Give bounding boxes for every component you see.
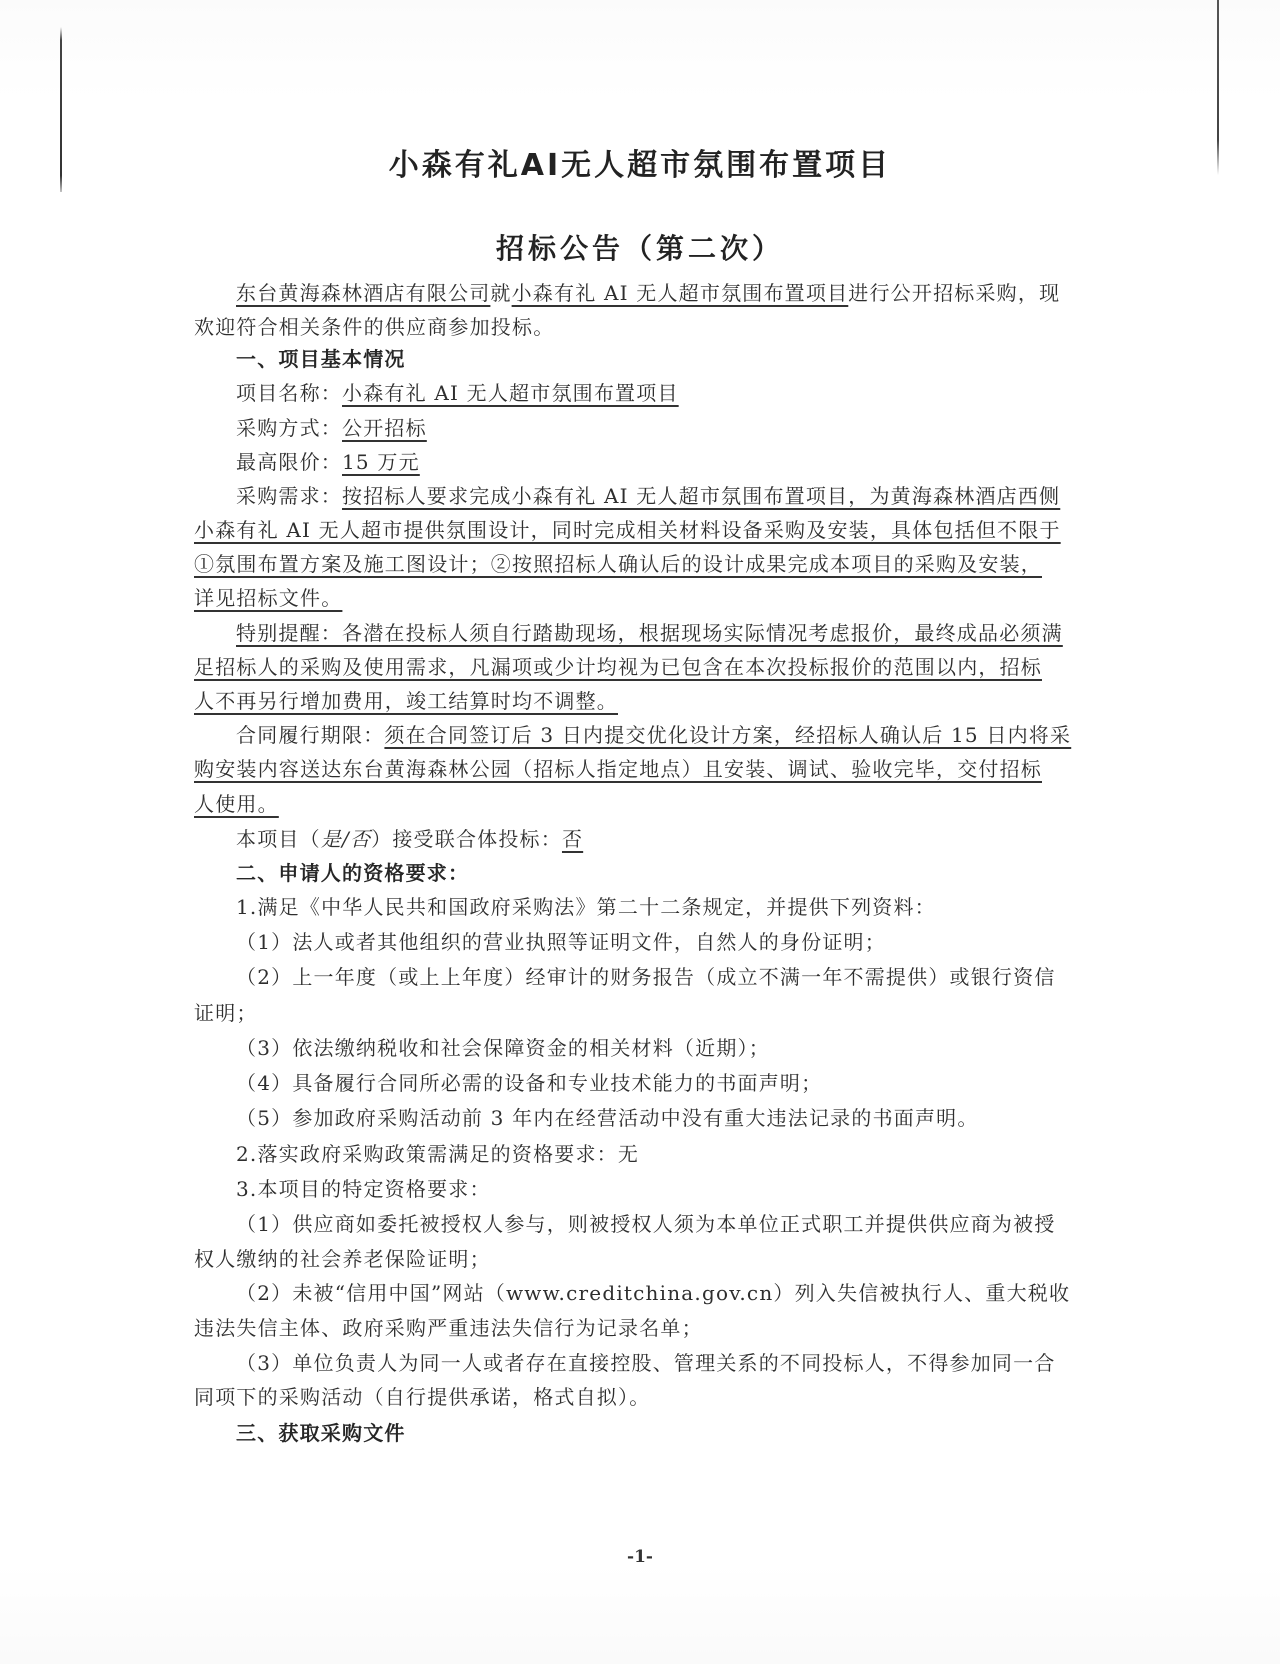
requirement-row: 采购需求：按招标人要求完成小森有礼 AI 无人超市氛围布置项目，为黄海森林酒店西… (236, 483, 1060, 509)
consortium-prefix: 本项目（ (236, 827, 321, 851)
requirement-sub-2-cont: 证明； (194, 1000, 258, 1026)
intro-rest: 进行公开招标采购，现 (848, 281, 1060, 305)
page-number: -1- (0, 1547, 1280, 1567)
document-title: 小森有礼AI无人超市氛围布置项目 (0, 140, 1280, 184)
requirement-sub-2: （2）上一年度（或上上年度）经审计的财务报告（成立不满一年不需提供）或银行资信 (236, 964, 1056, 990)
requirement-sub-3: （3）依法缴纳税收和社会保障资金的相关材料（近期）； (236, 1035, 770, 1061)
project-name-row: 项目名称：小森有礼 AI 无人超市氛围布置项目 (236, 380, 679, 406)
procurement-method-row: 采购方式：公开招标 (236, 415, 427, 441)
requirement-item-3: 3.本项目的特定资格要求： (236, 1176, 491, 1202)
specific-req-3: （3）单位负责人为同一人或者存在直接控股、管理关系的不同投标人，不得参加同一合 (236, 1350, 1056, 1376)
intro-connector: 就 (490, 281, 511, 305)
contract-period-line: 购安装内容送达东台黄海森林公园（招标人指定地点）且安装、调试、验收完毕，交付招标 (194, 756, 1042, 782)
procurement-method-value: 公开招标 (342, 416, 427, 440)
requirement-sub-4: （4）具备履行合同所必需的设备和专业技术能力的书面声明； (236, 1070, 822, 1096)
consortium-options: 是/否 (321, 827, 371, 851)
document-subtitle: 招标公告（第二次） (0, 227, 1280, 267)
specific-req-1: （1）供应商如委托被授权人参与，则被授权人须为本单位正式职工并提供供应商为被授 (236, 1211, 1056, 1237)
requirement-item-1: 1.满足《中华人民共和国政府采购法》第二十二条规定，并提供下列资料： (236, 894, 936, 920)
requirement-line: 详见招标文件。 (194, 585, 342, 611)
document-page: 小森有礼AI无人超市氛围布置项目 招标公告（第二次） 东台黄海森林酒店有限公司就… (0, 0, 1280, 1664)
contract-period-row: 合同履行期限：须在合同签订后 3 日内提交优化设计方案，经招标人确认后 15 日… (236, 722, 1071, 748)
consortium-suffix: ）接受联合体投标： (371, 827, 562, 851)
procurement-method-label: 采购方式： (236, 416, 342, 440)
project-name-label: 项目名称： (236, 381, 342, 405)
intro-line-2: 欢迎符合相关条件的供应商参加投标。 (194, 314, 554, 340)
consortium-value: 否 (562, 827, 583, 851)
requirement-item-2: 2.落实政府采购政策需满足的资格要求：无 (236, 1141, 639, 1167)
specific-req-3-cont: 同项下的采购活动（自行提供承诺，格式自拟）。 (194, 1384, 650, 1410)
consortium-row: 本项目（是/否）接受联合体投标：否 (236, 826, 583, 852)
contract-period-label: 合同履行期限： (236, 723, 384, 747)
contract-period-line: 须在合同签订后 3 日内提交优化设计方案，经招标人确认后 15 日内将采 (384, 723, 1071, 747)
requirement-sub-1: （1）法人或者其他组织的营业执照等证明文件，自然人的身份证明； (236, 929, 886, 955)
special-notice-line: 足招标人的采购及使用需求，凡漏项或少计均视为已包含在本次投标报价的范围以内，招标 (194, 654, 1042, 680)
tenderer-name: 东台黄海森林酒店有限公司 (236, 281, 490, 305)
special-notice-line: 特别提醒：各潜在投标人须自行踏勘现场，根据现场实际情况考虑报价，最终成品必须满 (236, 620, 1063, 646)
requirement-line: 按招标人要求完成小森有礼 AI 无人超市氛围布置项目，为黄海森林酒店西侧 (342, 484, 1060, 508)
specific-req-2: （2）未被“信用中国”网站（www.creditchina.gov.cn）列入失… (236, 1280, 1070, 1306)
intro-line-1: 东台黄海森林酒店有限公司就小森有礼 AI 无人超市氛围布置项目进行公开招标采购，… (236, 280, 1060, 306)
section-2-heading: 二、申请人的资格要求： (236, 860, 469, 886)
requirement-line: 小森有礼 AI 无人超市提供氛围设计，同时完成相关材料设备采购及安装，具体包括但… (194, 517, 1061, 543)
requirement-line: ①氛围布置方案及施工图设计；②按照招标人确认后的设计成果完成本项目的采购及安装， (194, 551, 1042, 577)
requirement-sub-5: （5）参加政府采购活动前 3 年内在经营活动中没有重大违法记录的书面声明。 (236, 1105, 979, 1131)
specific-req-2-cont: 违法失信主体、政府采购严重违法失信行为记录名单； (194, 1315, 703, 1341)
specific-req-1-cont: 权人缴纳的社会养老保险证明； (194, 1246, 491, 1272)
section-1-heading: 一、项目基本情况 (236, 346, 406, 372)
max-price-row: 最高限价：15 万元 (236, 449, 420, 475)
intro-project-name: 小森有礼 AI 无人超市氛围布置项目 (512, 281, 849, 305)
contract-period-line: 人使用。 (194, 791, 279, 817)
requirement-label: 采购需求： (236, 484, 342, 508)
special-notice-line: 人不再另行增加费用，竣工结算时均不调整。 (194, 688, 618, 714)
project-name-value: 小森有礼 AI 无人超市氛围布置项目 (342, 381, 679, 405)
section-3-heading: 三、获取采购文件 (236, 1420, 406, 1446)
max-price-label: 最高限价： (236, 450, 342, 474)
max-price-value: 15 万元 (342, 450, 420, 474)
